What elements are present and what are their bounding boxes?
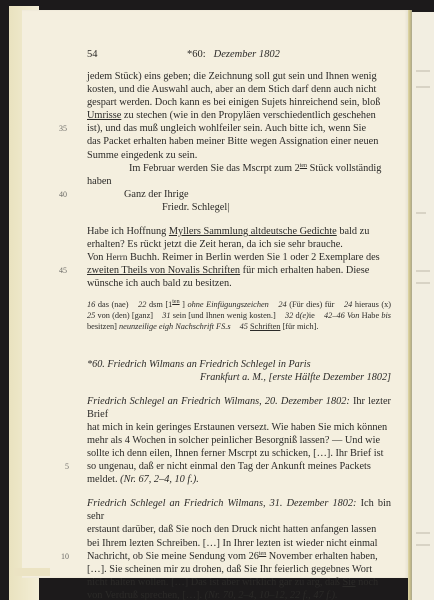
line-number: 35 [59, 122, 77, 135]
letter-line: Im Februar werden Sie das Mscrpt zum 2te… [87, 162, 391, 175]
letter-line: kosten, und die Auswahl auch, aber an de… [87, 83, 391, 96]
quotation-1: Friedrich Schlegel an Friedrich Wilmans,… [87, 395, 391, 487]
quote-reference: (Nr. 70, 2–4, 10–12, 22 f., 47 f.). [205, 590, 338, 600]
quote-source: Friedrich Schlegel an Friedrich Wilmans,… [87, 498, 356, 509]
postscript-line: erhalten? Es rückt jetzt die Zeit heran,… [87, 238, 391, 251]
page-number: 54 [87, 48, 187, 61]
signature: Friedr. Schlegel| [87, 201, 391, 214]
page-stack-bottom [14, 568, 50, 576]
letter-line: 35ist), und das muß ungleich wohlfeiler … [87, 122, 391, 135]
postscript-line: 45zweiten Theils von Novalis Schriften f… [87, 264, 391, 277]
line-number: 40 [59, 188, 77, 201]
entry-heading: *60. Friedrich Wilmans an Friedrich Schl… [87, 358, 391, 371]
letter-line: Umrisse zu stechen (wie in den Propyläen… [87, 109, 391, 122]
quote-source: Friedrich Schlegel an Friedrich Wilmans,… [87, 396, 350, 407]
quote-reference: (Nr. 67, 2–4, 10 f.). [120, 474, 199, 485]
postscript-line: wünsche ich auch bald zu besitzen. [87, 277, 391, 290]
postscript-line: Habe ich Hoffnung Myllers Sammlung altde… [87, 225, 391, 238]
letter-line: Summe eingedenk zu sein. [87, 149, 391, 162]
postscript-line: Von Herrn Buchh. Reimer in Berlin werden… [87, 251, 391, 264]
quotation-2: Friedrich Schlegel an Friedrich Wilmans,… [87, 497, 391, 600]
letter-body: jedem Stück) eins geben; die Zeichnung s… [87, 70, 391, 291]
page-content: 54 *60:Dezember 1802 jedem Stück) eins g… [87, 48, 391, 600]
letter-line: das Packet erhalten haben meiner Bitte w… [87, 135, 391, 148]
letter-line: haben [87, 175, 391, 188]
closing-greeting: 40Ganz der Ihrige [87, 188, 391, 201]
facing-page-edge [412, 12, 434, 600]
letter-line: gespart werden. Doch kann es bei einigen… [87, 96, 391, 109]
line-number: 10 [61, 550, 79, 563]
running-head: *60:Dezember 1802 [187, 48, 280, 61]
line-number: 45 [59, 264, 77, 277]
entry-place-date: Frankfurt a. M., [erste Hälfte Dezember … [87, 371, 391, 384]
running-header: 54 *60:Dezember 1802 [87, 48, 391, 60]
letter-line: jedem Stück) eins geben; die Zeichnung s… [87, 70, 391, 83]
critical-apparatus: 16 das (nae) 22 dsm [1ten ] ohne Einfügu… [87, 299, 391, 332]
line-number: 5 [65, 460, 83, 473]
